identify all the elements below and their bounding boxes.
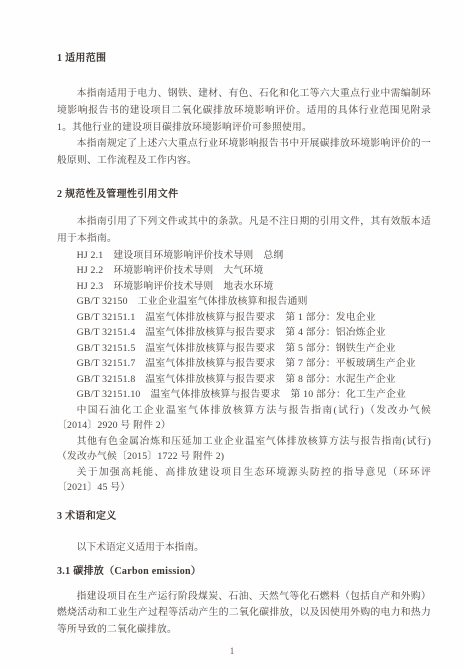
reference-item: GB/T 32151.7 温室气体排放核算与报告要求 第 7 部分：平板玻璃生产… (57, 356, 431, 372)
reference-item: HJ 2.1 建设项目环境影响评价技术导则 总纲 (57, 248, 431, 264)
section-1-paragraph-1: 本指南适用于电力、钢铁、建材、有色、石化和化工等六大重点行业中需编制环境影响报告… (57, 86, 431, 136)
term-3-1-definition: 指建设项目在生产运行阶段煤炭、石油、天然气等化石燃料（包括自产和外购）燃烧活动和… (57, 589, 431, 639)
reference-item: HJ 2.2 环境影响评价技术导则 大气环境 (57, 263, 431, 279)
reference-item: GB/T 32150 工业企业温室气体排放核算和报告通则 (57, 294, 431, 310)
reference-item: GB/T 32151.4 温室气体排放核算与报告要求 第 4 部分：铝冶炼企业 (57, 325, 431, 341)
document-page: 1 适用范围 本指南适用于电力、钢铁、建材、有色、石化和化工等六大重点行业中需编… (0, 0, 464, 668)
reference-item: 中国石油化工企业温室气体排放核算方法与报告指南(试行)（发改办气候 〔2014〕… (57, 403, 431, 434)
reference-item: GB/T 32151.8 温室气体排放核算与报告要求 第 8 部分：水泥生产企业 (57, 372, 431, 388)
reference-item: 其他有色金属冶炼和压延加工业企业温室气体排放核算方法与报告指南(试行) （发改办… (57, 434, 431, 465)
section-1-heading: 1 适用范围 (57, 53, 431, 65)
section-3-heading: 3 术语和定义 (57, 511, 431, 523)
section-3-intro: 以下术语定义适用于本指南。 (57, 540, 431, 556)
page-number: 1 (0, 646, 464, 656)
reference-item: GB/T 32151.10 温室气体排放核算与报告要求 第 10 部分：化工生产… (57, 387, 431, 403)
section-2-heading: 2 规范性及管理性引用文件 (57, 189, 431, 201)
reference-item: 关于加强高耗能、高排放建设项目生态环境源头防控的指导意见（环环评〔2021〕45… (57, 465, 431, 496)
reference-item: GB/T 32151.1 温室气体排放核算与报告要求 第 1 部分：发电企业 (57, 310, 431, 326)
section-1-paragraph-2: 本指南规定了上述六大重点行业环境影响报告书中开展碳排放环境影响评价的一般原则、工… (57, 136, 431, 170)
reference-item: GB/T 32151.5 温室气体排放核算与报告要求 第 5 部分：钢铁生产企业 (57, 341, 431, 357)
reference-item: HJ 2.3 环境影响评价技术导则 地表水环境 (57, 279, 431, 295)
section-2-intro: 本指南引用了下列文件或其中的条款。凡是不注日期的引用文件，其有效版本适用于本指南… (57, 214, 431, 248)
term-3-1-heading: 3.1 碳排放（Carbon emission） (57, 566, 431, 578)
